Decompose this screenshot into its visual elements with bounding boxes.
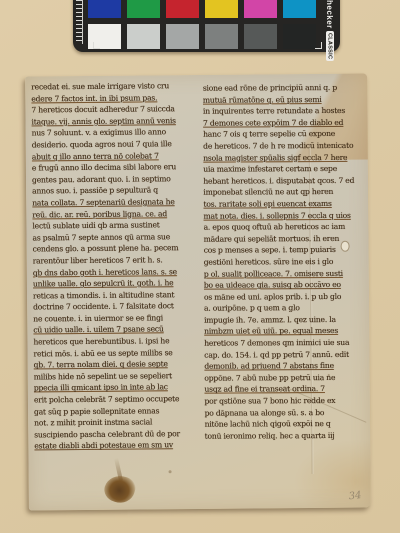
manuscript-text-line: mutuā rūmatōne q. eū pius semi [203,93,363,105]
registration-mark-left [93,42,100,49]
manuscript-text-line: hereticos 7 demones qm inimici uie sua [204,337,364,349]
manuscript-text-line: nsola magister spūalis sigf eccla 7 here [203,151,363,163]
manuscript-text-line: uia maxime infestaret certam e sepe [203,163,363,175]
ink-blot-stain [101,472,138,507]
manuscript-text-line: a. ouripōne. p q uem a glo [204,302,364,314]
colorchecker-color-row [88,0,316,18]
manuscript-text-line: os māne ed uni. aplos prib. i. p ub glo [204,291,364,303]
manuscript-text-line: estate diabli abdi potestaue em sm uv [34,439,201,452]
colorchecker-classic-badge: CLASSIC [326,31,334,61]
manuscript-text-line: p ol. sualit polliceace. 7. omisere sust… [204,267,364,279]
colorchecker-label: hecker CLASSIC [325,0,334,36]
manuscript-text-line: bo ea uideace gia. suisq ab occāvo eo [204,279,364,291]
manuscript-text-line: tos. raritate soli epi euencat exams [203,198,363,210]
manuscript-text-line: cendens glo. a possunt plene ha. pecem [33,242,200,255]
manuscript-text-line: por qstiōne sua 7 bono hic redde ex [204,395,364,407]
manuscript-text-line: nata collata. 7 septenariū designata he [32,196,199,209]
manuscript-page: recedat ei. sue male irrigare visto crue… [25,74,371,511]
colorchecker-card: hecker CLASSIC [73,0,340,52]
manuscript-text-line: mādare qui sepeliāt mortuos. ih eren [204,233,364,245]
registration-mark-right [315,42,322,49]
color-swatch [88,0,121,18]
color-swatch [127,0,160,18]
manuscript-text-line: cos p menses a sepe. i. temp puiaris [204,244,364,256]
manuscript-text-line: qb dns dabo goth i. hereticos lans. s. s… [33,265,200,278]
text-column-left: recedat ei. sue male irrigare visto crue… [31,80,201,459]
manuscript-text-line: demonib. ad priuend 7 abstans fine [204,360,364,372]
manuscript-text-line: hebant hereticos. i. disputabat qcos. 7 … [203,175,363,187]
speck [169,470,172,473]
gray-swatch [205,24,238,49]
folio-number: 34 [348,490,362,502]
manuscript-text-line: nimbzm uiet eū uiū. pe. equal meses [204,325,364,337]
manuscript-text-line: nitōne lachū nich qigoū expōi ne q [205,418,365,430]
manuscript-text-line: gestiōni hereticos. sūre ine eis i glo [204,256,364,268]
gray-swatch [127,24,160,49]
color-swatch [205,0,238,18]
manuscript-text-line: erit polcha celebrāt 7 septimo occupete [34,393,201,406]
manuscript-text-line: e frugū anno illo decima sibi labore eru [32,161,199,174]
manuscript-text-line: a. epos quoq oftuū ab hereticos ac iam [204,221,364,233]
color-swatch [283,0,316,18]
manuscript-text-line: imponebat silenciū ne aut qp heren [203,186,363,198]
manuscript-text-line: suscipiendo pascha celebrant dū de por [34,428,201,441]
color-swatch [244,0,277,18]
manuscript-text-line: mat nota. dies. i. sollepnis 7 eccla q u… [203,209,363,221]
manuscript-text-line: de hereticos. 7 de h re modicū intenicat… [203,140,363,152]
photo-stage: hecker CLASSIC recedat ei. sue male irri… [0,0,400,533]
gray-swatch [244,24,277,49]
manuscript-text-line: in inquirentes terre retundate a hostes [203,105,363,117]
manuscript-text-line: usqz ad fine ei transeat ordina. 7 [204,383,364,395]
ruler-baseline [82,0,83,44]
manuscript-text-line: 7 demones cete expōim 7 de diablo ed [203,117,363,129]
manuscript-text-line: sione ead rōne de principiū anni q. p [203,82,363,94]
manuscript-text-line: cap. do. 154. i. qd pp petrū 7 annū. edi… [204,348,364,360]
gray-swatch [166,24,199,49]
text-column-right: sione ead rōne de principiū anni q. pmut… [203,82,365,455]
colorchecker-brand-text: hecker [325,0,334,29]
gray-swatch [283,24,316,49]
color-swatch [166,0,199,18]
manuscript-text-line: oppōne. 7 abū nube pp petrū uia ne [204,372,364,384]
manuscript-text-line: hanc 7 ois q terre sepelie cū expone [203,128,363,140]
colorchecker-gray-row [88,24,316,49]
manuscript-text-line: impugie ih. 7e. ammz. l. qez uine. la [204,314,364,326]
manuscript-text-line: po dāpnana ua alonge sū. s. a bo [205,406,365,418]
manuscript-text-line: itaque. vij. annis glo. septim annū veni… [31,115,198,128]
manuscript-text-line: tonū ieronimo reliq. hec a quarta iij [205,430,365,442]
